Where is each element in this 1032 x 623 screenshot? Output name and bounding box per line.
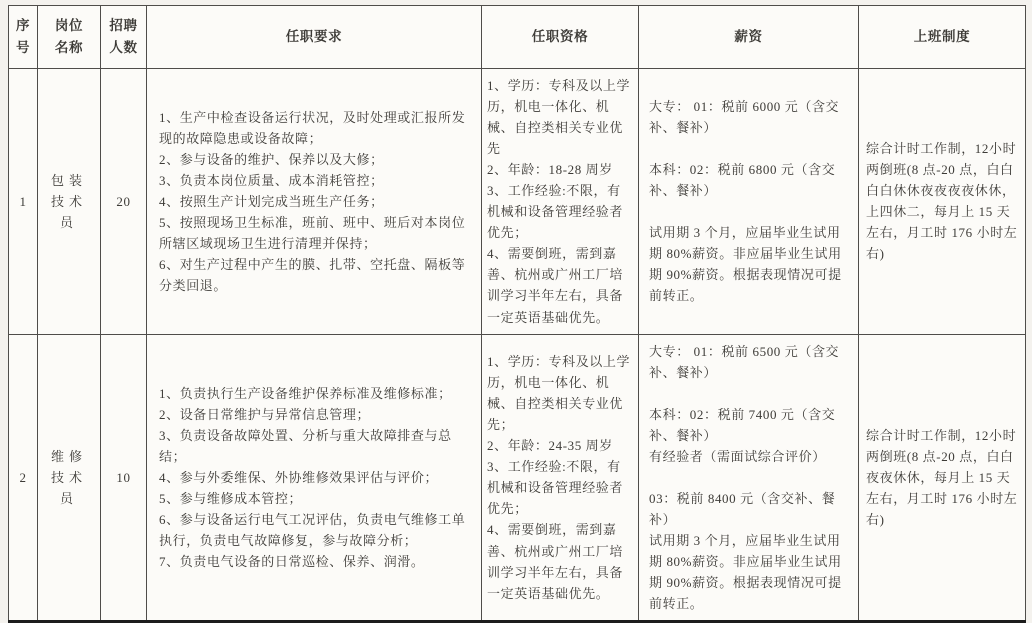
col-header-requirements: 任职要求 (147, 6, 482, 69)
col-header-position: 岗位 名称 (38, 6, 101, 69)
col-header-qualifications: 任职资格 (482, 6, 639, 69)
cell-requirements: 1、负责执行生产设备维护保养标准及维修标准； 2、设备日常维护与异常信息管理； … (147, 334, 482, 622)
cell-headcount: 10 (101, 334, 147, 622)
col-header-schedule: 上班制度 (859, 6, 1026, 69)
table-row: 2 维修技术员 10 1、负责执行生产设备维护保养标准及维修标准； 2、设备日常… (9, 334, 1026, 622)
cell-schedule: 综合计时工作制，12小时两倒班(8 点-20 点，白白白白休休夜夜夜夜休休，上四… (859, 69, 1026, 335)
cell-schedule: 综合计时工作制，12小时两倒班(8 点-20 点，白白夜夜休休，每月上 15 天… (859, 334, 1026, 622)
col-header-headcount: 招聘 人数 (101, 6, 147, 69)
cell-salary: 大专： 01：税前 6000 元（含交补、餐补） 本科：02：税前 6800 元… (639, 69, 859, 335)
cell-requirements: 1、生产中检查设备运行状况，及时处理或汇报所发现的故障隐患或设备故障； 2、参与… (147, 69, 482, 335)
table-row: 1 包装技术员 20 1、生产中检查设备运行状况，及时处理或汇报所发现的故障隐患… (9, 69, 1026, 335)
col-header-index: 序 号 (9, 6, 38, 69)
cell-qualifications: 1、学历：专科及以上学历，机电一体化、机械、自控类相关专业优先； 2、年龄：24… (482, 334, 639, 622)
cell-headcount: 20 (101, 69, 147, 335)
cell-position-name: 维修技术员 (38, 334, 101, 622)
table-header-row: 序 号 岗位 名称 招聘 人数 任职要求 任职资格 薪资 上班制度 (9, 6, 1026, 69)
cell-salary: 大专： 01：税前 6500 元（含交补、餐补） 本科：02：税前 7400 元… (639, 334, 859, 622)
cell-index: 1 (9, 69, 38, 335)
job-postings-table: 序 号 岗位 名称 招聘 人数 任职要求 任职资格 薪资 上班制度 1 包装技术… (8, 5, 1026, 623)
col-header-salary: 薪资 (639, 6, 859, 69)
cell-qualifications: 1、学历：专科及以上学历，机电一体化、机械、自控类相关专业优先 2、年龄：18-… (482, 69, 639, 335)
cell-position-name: 包装技术员 (38, 69, 101, 335)
document-page: 序 号 岗位 名称 招聘 人数 任职要求 任职资格 薪资 上班制度 1 包装技术… (0, 0, 1032, 562)
cell-index: 2 (9, 334, 38, 622)
